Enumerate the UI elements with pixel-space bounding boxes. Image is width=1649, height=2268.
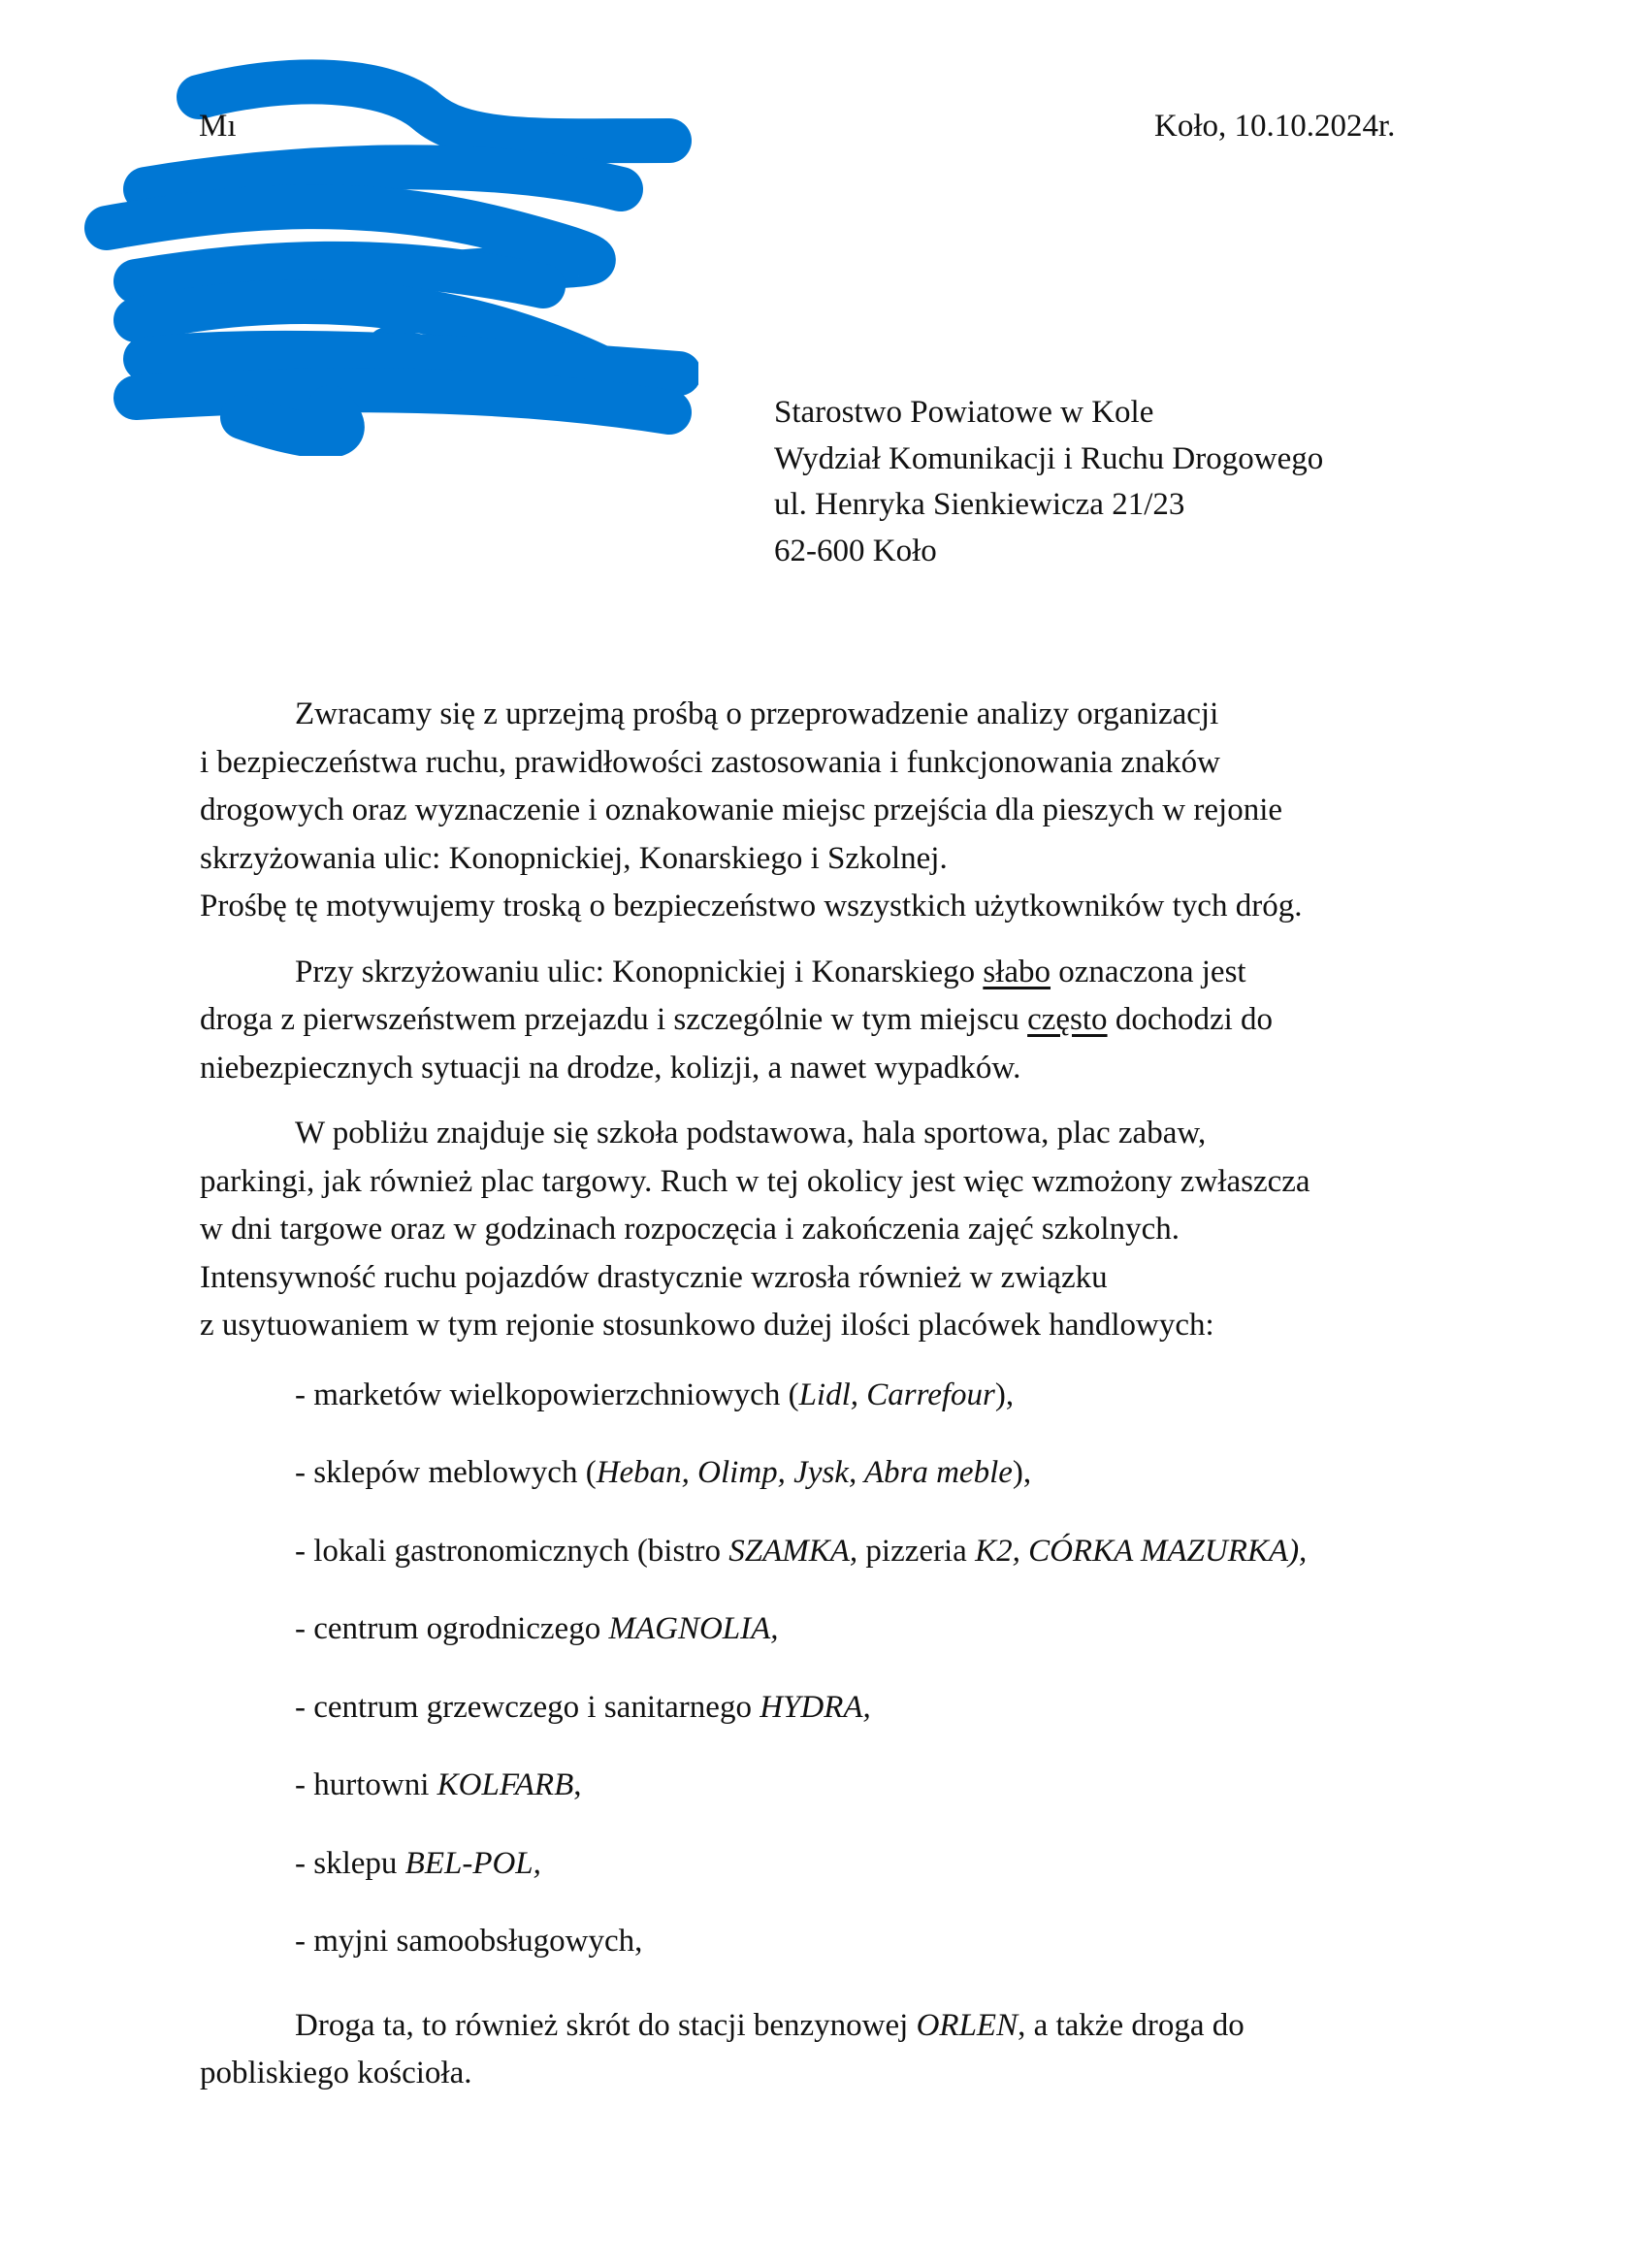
paragraph-intersection: Przy skrzyżowaniu ulic: Konopnickiej i K…	[200, 949, 1441, 1093]
text-line: z usytuowaniem w tym rejonie stosunkowo …	[200, 1302, 1441, 1350]
text-line: w dni targowe oraz w godzinach rozpoczęc…	[200, 1206, 1441, 1254]
shops-list: - marketów wielkopowierzchniowych (Lidl,…	[200, 1372, 1441, 1996]
list-item: - hurtowni KOLFARB,	[200, 1762, 1441, 1840]
underlined-word: często	[1027, 1002, 1107, 1037]
list-item: - centrum ogrodniczego MAGNOLIA,	[200, 1605, 1441, 1684]
place-and-date: Koło, 10.10.2024r.	[1154, 109, 1395, 145]
text-line: i bezpieczeństwa ruchu, prawidłowości za…	[200, 739, 1441, 788]
text-line: Droga ta, to również skrót do stacji ben…	[200, 2002, 1441, 2051]
recipient-address: Starostwo Powiatowe w Kole Wydział Komun…	[774, 390, 1323, 574]
text-line: skrzyżowania ulic: Konopnickiej, Konarsk…	[200, 835, 1441, 884]
paragraph-request: Zwracamy się z uprzejmą prośbą o przepro…	[200, 691, 1441, 931]
letter-body: Zwracamy się z uprzejmą prośbą o przepro…	[200, 691, 1441, 2116]
redaction-scribble	[0, 0, 698, 456]
letter-page: Mı Koło, 10.10.2024r. Starostwo Powiatow…	[0, 0, 1649, 2268]
text-line: Prośbę tę motywujemy troską o bezpieczeń…	[200, 883, 1441, 931]
list-item: - marketów wielkopowierzchniowych (Lidl,…	[200, 1372, 1441, 1450]
paragraph-orlen: Droga ta, to również skrót do stacji ben…	[200, 2002, 1441, 2098]
paragraph-traffic: W pobliżu znajduje się szkoła podstawowa…	[200, 1110, 1441, 1350]
list-item: - lokali gastronomicznych (bistro SZAMKA…	[200, 1528, 1441, 1606]
list-item: - myjni samoobsługowych,	[200, 1918, 1441, 1996]
recipient-department: Wydział Komunikacji i Ruchu Drogowego	[774, 437, 1323, 483]
text-line: parkingi, jak również plac targowy. Ruch…	[200, 1158, 1441, 1207]
recipient-postal-city: 62-600 Koło	[774, 529, 1323, 575]
text-line: Zwracamy się z uprzejmą prośbą o przepro…	[200, 691, 1441, 739]
recipient-street: ul. Henryka Sienkiewicza 21/23	[774, 482, 1323, 529]
text-line: Intensywność ruchu pojazdów drastycznie …	[200, 1254, 1441, 1303]
text-line: Przy skrzyżowaniu ulic: Konopnickiej i K…	[200, 949, 1441, 997]
list-item: - centrum grzewczego i sanitarnego HYDRA…	[200, 1684, 1441, 1763]
text-line: niebezpiecznych sytuacji na drodze, koli…	[200, 1045, 1441, 1093]
list-item: - sklepów meblowych (Heban, Olimp, Jysk,…	[200, 1449, 1441, 1528]
underlined-word: słabo	[983, 955, 1051, 989]
sender-name-fragment: Mı	[199, 109, 237, 145]
text-line: droga z pierwszeństwem przejazdu i szcze…	[200, 996, 1441, 1045]
text-line: pobliskiego kościoła.	[200, 2050, 1441, 2098]
list-item: - sklepu BEL-POL,	[200, 1840, 1441, 1919]
recipient-office: Starostwo Powiatowe w Kole	[774, 390, 1323, 437]
text-line: drogowych oraz wyznaczenie i oznakowanie…	[200, 787, 1441, 835]
text-line: W pobliżu znajduje się szkoła podstawowa…	[200, 1110, 1441, 1158]
